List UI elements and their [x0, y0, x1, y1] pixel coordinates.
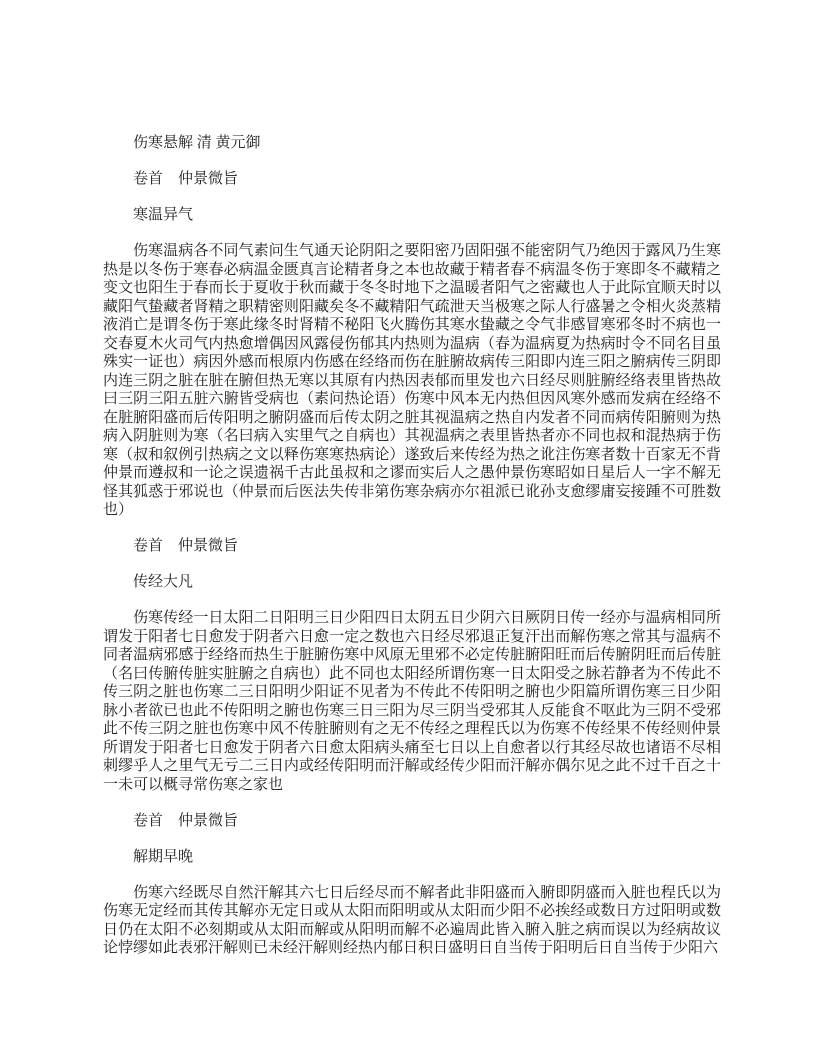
volume-header: 卷首 仲景微旨 [103, 812, 721, 831]
section-title: 解期早晚 [103, 848, 721, 867]
book-title: 伤寒悬解 清 黄元御 [103, 134, 721, 153]
section-paragraph: 伤寒传经一日太阳二日阳明三日少阳四日太阴五日少阴六日厥阴日传一经亦与温病相同所谓… [103, 609, 721, 794]
section-title: 传经大凡 [103, 573, 721, 592]
section-paragraph: 伤寒温病各不同气素问生气通天论阴阳之要阳密乃固阳强不能密阴气乃绝因于露风乃生寒热… [103, 242, 721, 520]
section-title: 寒温异气 [103, 206, 721, 225]
volume-header: 卷首 仲景微旨 [103, 170, 721, 189]
document-page: { "document": { "title": "伤寒悬解 清 黄元御", "… [0, 0, 816, 1056]
document-body: 伤寒悬解 清 黄元御 卷首 仲景微旨 寒温异气 伤寒温病各不同气素问生气通天论阴… [103, 134, 721, 958]
section-paragraph: 伤寒六经既尽自然汗解其六七日后经尽而不解者此非阳盛而入腑即阴盛而入脏也程氏以为伤… [103, 884, 721, 958]
volume-header: 卷首 仲景微旨 [103, 537, 721, 556]
